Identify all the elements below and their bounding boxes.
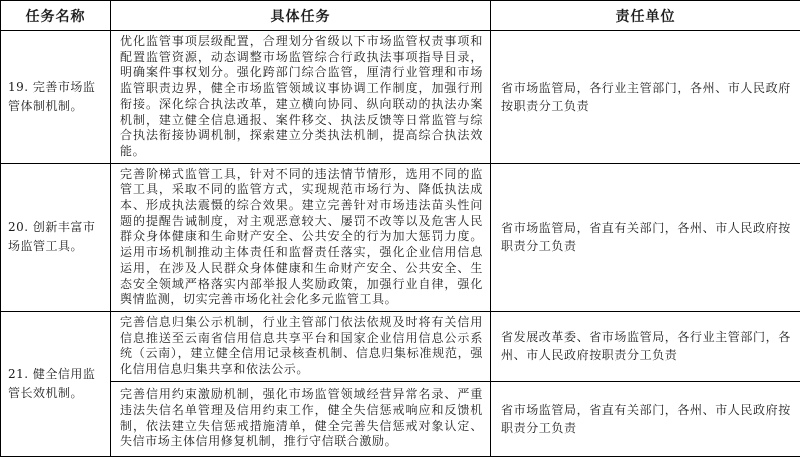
task-details-cell: 完善阶梯式监管工具，针对不同的违法情节情形，选用不同的监管工具，采取不同的监管方… xyxy=(111,163,491,311)
task-name-cell: 20. 创新丰富市场监管工具。 xyxy=(1,163,111,311)
responsible-unit-cell: 省市场监管局，省直有关部门，各州、市人民政府按职责分工负责 xyxy=(491,163,800,311)
col-header-unit: 责任单位 xyxy=(491,1,800,31)
table-row: 完善信用约束激励机制，强化市场监管领域经营异常名录、严重违法失信名单管理及信用约… xyxy=(1,381,800,456)
col-header-details: 具体任务 xyxy=(111,1,491,31)
task-details-cell: 完善信息归集公示机制，行业主管部门依法依规及时将有关信用信息推送至云南省信用信息… xyxy=(111,311,491,381)
task-name-cell: 21. 健全信用监管长效机制。 xyxy=(1,311,111,456)
table-row: 21. 健全信用监管长效机制。 完善信息归集公示机制，行业主管部门依法依规及时将… xyxy=(1,311,800,381)
header-row: 任务名称 具体任务 责任单位 xyxy=(1,1,800,31)
table-row: 19. 完善市场监管体制机制。 优化监管事项层级配置，合理划分省级以下市场监管权… xyxy=(1,31,800,164)
responsible-unit-cell: 省发展改革委、省市场监管局，各行业主管部门，各州、市人民政府按职责分工负责 xyxy=(491,311,800,381)
task-details-cell: 优化监管事项层级配置，合理划分省级以下市场监管权责事项和配置监管资源，动态调整市… xyxy=(111,31,491,164)
task-assignment-document: 任务名称 具体任务 责任单位 19. 完善市场监管体制机制。 优化监管事项层级配… xyxy=(0,0,800,425)
table-row: 20. 创新丰富市场监管工具。 完善阶梯式监管工具，针对不同的违法情节情形，选用… xyxy=(1,163,800,311)
responsible-unit-cell: 省市场监管局，各行业主管部门，各州、市人民政府按职责分工负责 xyxy=(491,31,800,164)
task-table: 任务名称 具体任务 责任单位 19. 完善市场监管体制机制。 优化监管事项层级配… xyxy=(0,0,800,457)
responsible-unit-cell: 省市场监管局，省直有关部门，各州、市人民政府按职责分工负责 xyxy=(491,381,800,456)
task-name-cell: 19. 完善市场监管体制机制。 xyxy=(1,31,111,164)
col-header-task-name: 任务名称 xyxy=(1,1,111,31)
task-details-cell: 完善信用约束激励机制，强化市场监管领域经营异常名录、严重违法失信名单管理及信用约… xyxy=(111,381,491,456)
